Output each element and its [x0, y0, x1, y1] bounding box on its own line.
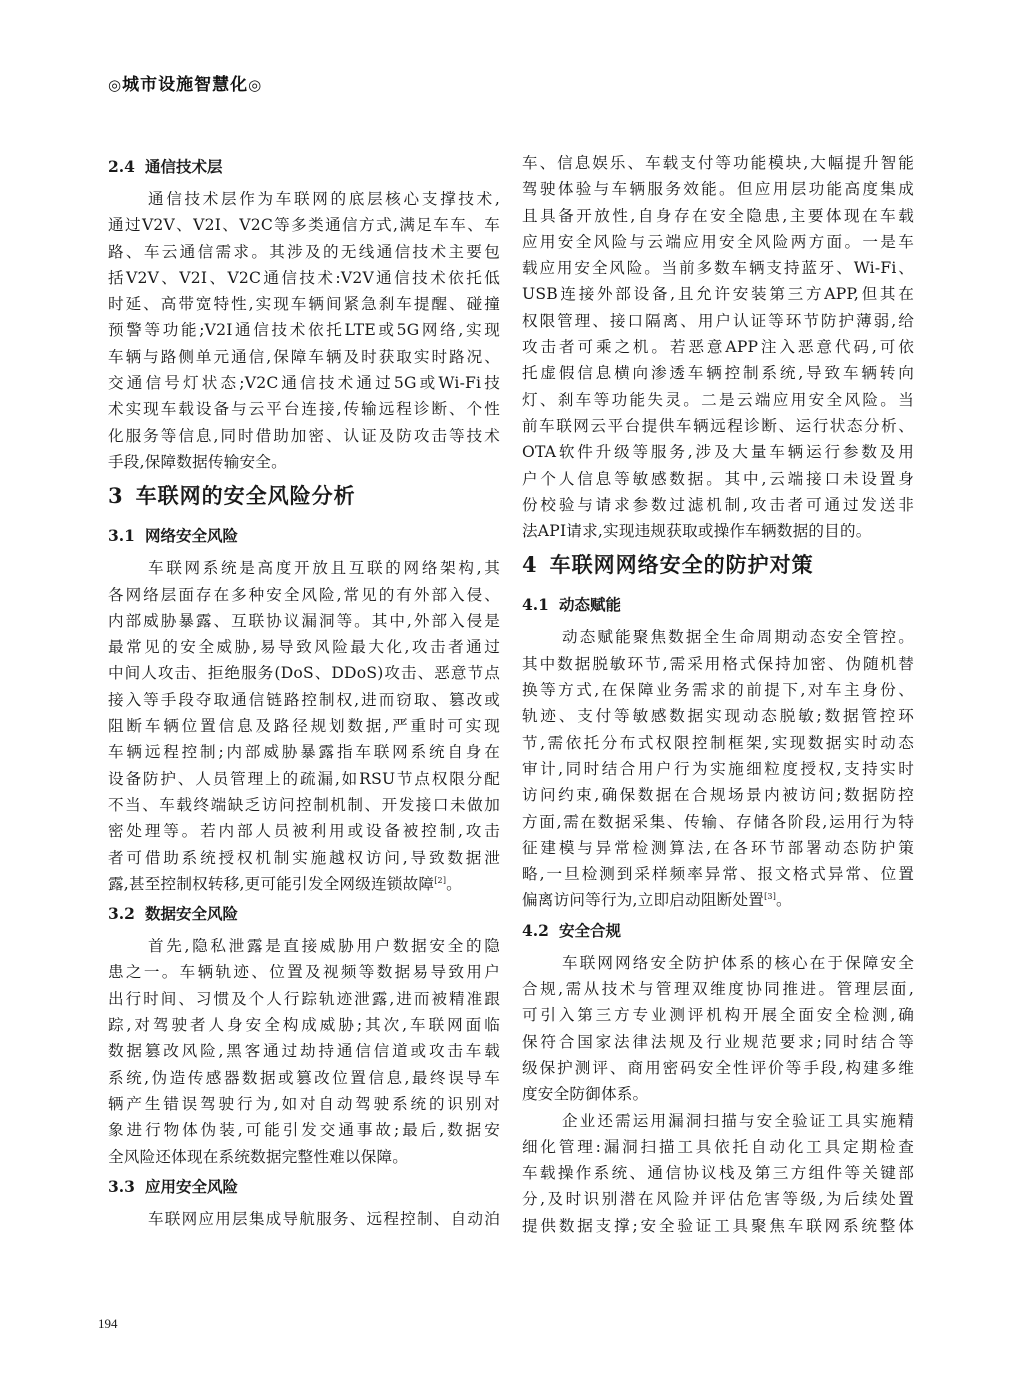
text-line: 不当、车载终端缺乏访问控制机制、开发接口未做加	[108, 792, 500, 818]
text-line: 可引入第三方专业测评机构开展全面安全检测,确	[522, 1002, 914, 1028]
text-line: 企业还需运用漏洞扫描与安全验证工具实施精	[522, 1108, 914, 1134]
section-heading-3-2: 3.2数据安全风险	[108, 899, 500, 933]
text-line: 征建模与异常检测算法,在各环节部署动态防护策	[522, 835, 914, 861]
running-head-title: 城市设施智慧化	[122, 75, 248, 95]
text-line: 阻断车辆位置信息及路径规划数据,严重时可实现	[108, 713, 500, 739]
section-heading-4-2: 4.2安全合规	[522, 916, 914, 950]
section-heading-3-3: 3.3应用安全风险	[108, 1172, 500, 1206]
right-column: 车、信息娱乐、车载支付等功能模块,大幅提升智能 驾驶体验与车辆服务效能。但应用层…	[522, 150, 914, 1239]
section-number: 4.2	[522, 921, 549, 940]
paragraph-4-2-a: 车联网网络安全防护体系的核心在于保障安全 合规,需从技术与管理双维度协同推进。管…	[522, 950, 914, 1108]
paragraph-3-1: 车联网系统是高度开放且互联的网络架构,其 各网络层面存在多种安全风险,常见的有外…	[108, 555, 500, 897]
paragraph-2-4: 通信技术层作为车联网的底层核心支撑技术, 通过V2V、V2I、V2C等多类通信方…	[108, 186, 500, 475]
text-line: 密处理等。若内部人员被利用或设备被控制,攻击	[108, 818, 500, 844]
text-line: 预警等功能;V2I通信技术依托LTE或5G网络,实现	[108, 317, 500, 343]
text-line: 应用安全风险与云端应用安全风险两方面。一是车	[522, 229, 914, 255]
text-line: 最常见的安全威胁,易导致风险最大化,攻击者通过	[108, 634, 500, 660]
text-span: 偏离访问等行为,立即启动阻断处置	[522, 891, 764, 909]
section-heading-3-1: 3.1网络安全风险	[108, 521, 500, 555]
text-line: 象进行物体伪装,可能引发交通事故;最后,数据安	[108, 1117, 500, 1143]
section-heading-4-1: 4.1动态赋能	[522, 590, 914, 624]
section-heading-3: 3车联网的安全风险分析	[108, 475, 500, 519]
section-number: 4.1	[522, 595, 549, 614]
text-line: 系统,伪造传感器数据或篡改位置信息,最终误导车	[108, 1065, 500, 1091]
text-line: 访问约束,确保数据在合规场景内被访问;数据防控	[522, 782, 914, 808]
section-title: 网络安全风险	[145, 526, 238, 545]
section-title: 数据安全风险	[145, 904, 238, 923]
text-line: 交通信号灯状态;V2C通信技术通过5G或Wi-Fi技	[108, 370, 500, 396]
text-line: 权限管理、接口隔离、用户认证等环节防护薄弱,给	[522, 308, 914, 334]
paragraph-3-3: 车联网应用层集成导航服务、远程控制、自动泊	[108, 1206, 500, 1232]
paragraph-4-1: 动态赋能聚焦数据全生命周期动态安全管控。 其中数据脱敏环节,需采用格式保持加密、…	[522, 624, 914, 913]
section-title: 应用安全风险	[145, 1177, 238, 1196]
text-line: 车联网网络安全防护体系的核心在于保障安全	[522, 950, 914, 976]
section-number: 3.3	[108, 1177, 135, 1196]
text-line: 偏离访问等行为,立即启动阻断处置[3]。	[522, 887, 914, 913]
text-line: 术实现车载设备与云平台连接,传输远程诊断、个性	[108, 396, 500, 422]
text-line: 辆产生错误驾驶行为,如对自动驾驶系统的识别对	[108, 1091, 500, 1117]
section-title: 车联网的安全风险分析	[136, 483, 356, 508]
text-line: 化服务等信息,同时借助加密、认证及防攻击等技术	[108, 423, 500, 449]
text-line: 车辆远程控制;内部威胁暴露指车联网系统自身在	[108, 739, 500, 765]
text-line: 手段,保障数据传输安全。	[108, 449, 500, 475]
text-line: 车、信息娱乐、车载支付等功能模块,大幅提升智能	[522, 150, 914, 176]
text-span: 。	[446, 875, 462, 893]
text-line: 户个人信息等敏感数据。其中,云端接口未设置身	[522, 466, 914, 492]
text-line: 级保护测评、商用密码安全性评价等手段,构建多维	[522, 1055, 914, 1081]
text-line: 份校验与请求参数过滤机制,攻击者可通过发送非	[522, 492, 914, 518]
text-line: 首先,隐私泄露是直接威胁用户数据安全的隐	[108, 933, 500, 959]
text-line: 节,需依托分布式权限控制框架,实现数据实时动态	[522, 730, 914, 756]
double-circle-icon: ◎	[248, 76, 262, 94]
text-line: 中间人攻击、拒绝服务(DoS、DDoS)攻击、恶意节点	[108, 660, 500, 686]
text-line: 换等方式,在保障业务需求的前提下,对车主身份、	[522, 677, 914, 703]
text-line: 括V2V、V2I、V2C通信技术:V2V通信技术依托低	[108, 265, 500, 291]
section-title: 动态赋能	[559, 595, 621, 614]
text-line: 其中数据脱敏环节,需采用格式保持加密、伪随机替	[522, 651, 914, 677]
section-number: 3.1	[108, 526, 135, 545]
text-line: 合规,需从技术与管理双维度协同推进。管理层面,	[522, 976, 914, 1002]
text-line: 且具备开放性,自身存在安全隐患,主要体现在车载	[522, 203, 914, 229]
text-line: 法API请求,实现违规获取或操作车辆数据的目的。	[522, 518, 914, 544]
text-line: 车载操作系统、通信协议栈及第三方组件等关键部	[522, 1160, 914, 1186]
text-line: 内部威胁暴露、互联协议漏洞等。其中,外部入侵是	[108, 608, 500, 634]
text-line: 各网络层面存在多种安全风险,常见的有外部入侵、	[108, 582, 500, 608]
text-line: 略,一旦检测到采样频率异常、报文格式异常、位置	[522, 861, 914, 887]
text-line: 动态赋能聚焦数据全生命周期动态安全管控。	[522, 624, 914, 650]
text-line: 车辆与路侧单元通信,保障车辆及时获取实时路况、	[108, 344, 500, 370]
text-line: USB连接外部设备,且允许安装第三方APP,但其在	[522, 281, 914, 307]
section-title: 通信技术层	[145, 157, 223, 176]
text-line: 前车联网云平台提供车辆远程诊断、运行状态分析、	[522, 413, 914, 439]
section-heading-4: 4车联网网络安全的防护对策	[522, 544, 914, 588]
text-line: 车联网应用层集成导航服务、远程控制、自动泊	[108, 1206, 500, 1232]
text-line: 驾驶体验与车辆服务效能。但应用层功能高度集成	[522, 176, 914, 202]
text-line: 度安全防御体系。	[522, 1081, 914, 1107]
text-span: 。	[776, 891, 792, 909]
left-column: 2.4通信技术层 通信技术层作为车联网的底层核心支撑技术, 通过V2V、V2I、…	[108, 150, 500, 1232]
text-line: 者可借助系统授权机制实施越权访问,导致数据泄	[108, 845, 500, 871]
paragraph-3-2: 首先,隐私泄露是直接威胁用户数据安全的隐 患之一。车辆轨迹、位置及视频等数据易导…	[108, 933, 500, 1170]
text-line: 保符合国家法律法规及行业规范要求;同时结合等	[522, 1029, 914, 1055]
text-line: 通过V2V、V2I、V2C等多类通信方式,满足车车、车	[108, 212, 500, 238]
text-line: 车联网系统是高度开放且互联的网络架构,其	[108, 555, 500, 581]
citation[interactable]: [2]	[434, 876, 446, 885]
text-line: 审计,同时结合用户行为实施细粒度授权,支持实时	[522, 756, 914, 782]
section-number: 4	[522, 552, 538, 577]
text-line: 设备防护、人员管理上的疏漏,如RSU节点权限分配	[108, 766, 500, 792]
text-line: 数据篡改风险,黑客通过劫持通信信道或攻击车载	[108, 1038, 500, 1064]
page-number: 194	[98, 1316, 118, 1332]
section-number: 2.4	[108, 157, 135, 176]
text-line: 出行时间、习惯及个人行踪轨迹泄露,进而被精准跟	[108, 986, 500, 1012]
text-line: 细化管理:漏洞扫描工具依托自动化工具定期检查	[522, 1134, 914, 1160]
double-circle-icon: ◎	[108, 76, 122, 94]
text-line: 露,甚至控制权转移,更可能引发全网级连锁故障[2]。	[108, 871, 500, 897]
text-line: 通信技术层作为车联网的底层核心支撑技术,	[108, 186, 500, 212]
section-heading-2-4: 2.4通信技术层	[108, 152, 500, 186]
text-line: 托虚假信息横向渗透车辆控制系统,导致车辆转向	[522, 360, 914, 386]
text-line: 患之一。车辆轨迹、位置及视频等数据易导致用户	[108, 959, 500, 985]
section-title: 安全合规	[559, 921, 621, 940]
section-number: 3.2	[108, 904, 135, 923]
text-line: 时延、高带宽特性,实现车辆间紧急刹车提醒、碰撞	[108, 291, 500, 317]
paragraph-3-3-continued: 车、信息娱乐、车载支付等功能模块,大幅提升智能 驾驶体验与车辆服务效能。但应用层…	[522, 150, 914, 544]
text-line: 接入等手段夺取通信链路控制权,进而窃取、篡改或	[108, 687, 500, 713]
text-line: 路、车云通信需求。其涉及的无线通信技术主要包	[108, 239, 500, 265]
text-line: 踪,对驾驶者人身安全构成威胁;其次,车联网面临	[108, 1012, 500, 1038]
section-title: 车联网网络安全的防护对策	[550, 552, 814, 577]
text-line: 轨迹、支付等敏感数据实现动态脱敏;数据管控环	[522, 703, 914, 729]
text-line: 分,及时识别潜在风险并评估危害等级,为后续处置	[522, 1186, 914, 1212]
running-head: ◎城市设施智慧化◎	[108, 70, 262, 95]
text-line: 载应用安全风险。当前多数车辆支持蓝牙、Wi-Fi、	[522, 255, 914, 281]
citation[interactable]: [3]	[764, 892, 776, 901]
text-line: 攻击者可乘之机。若恶意APP注入恶意代码,可依	[522, 334, 914, 360]
paragraph-4-2-b: 企业还需运用漏洞扫描与安全验证工具实施精 细化管理:漏洞扫描工具依托自动化工具定…	[522, 1108, 914, 1239]
text-line: 全风险还体现在系统数据完整性难以保障。	[108, 1144, 500, 1170]
text-line: 提供数据支撑;安全验证工具聚焦车联网系统整体	[522, 1213, 914, 1239]
text-line: 方面,需在数据采集、传输、存储各阶段,运用行为特	[522, 809, 914, 835]
text-span: 露,甚至控制权转移,更可能引发全网级连锁故障	[108, 875, 434, 893]
text-line: OTA软件升级等服务,涉及大量车辆运行参数及用	[522, 439, 914, 465]
section-number: 3	[108, 483, 124, 508]
text-line: 灯、刹车等功能失灵。二是云端应用安全风险。当	[522, 387, 914, 413]
